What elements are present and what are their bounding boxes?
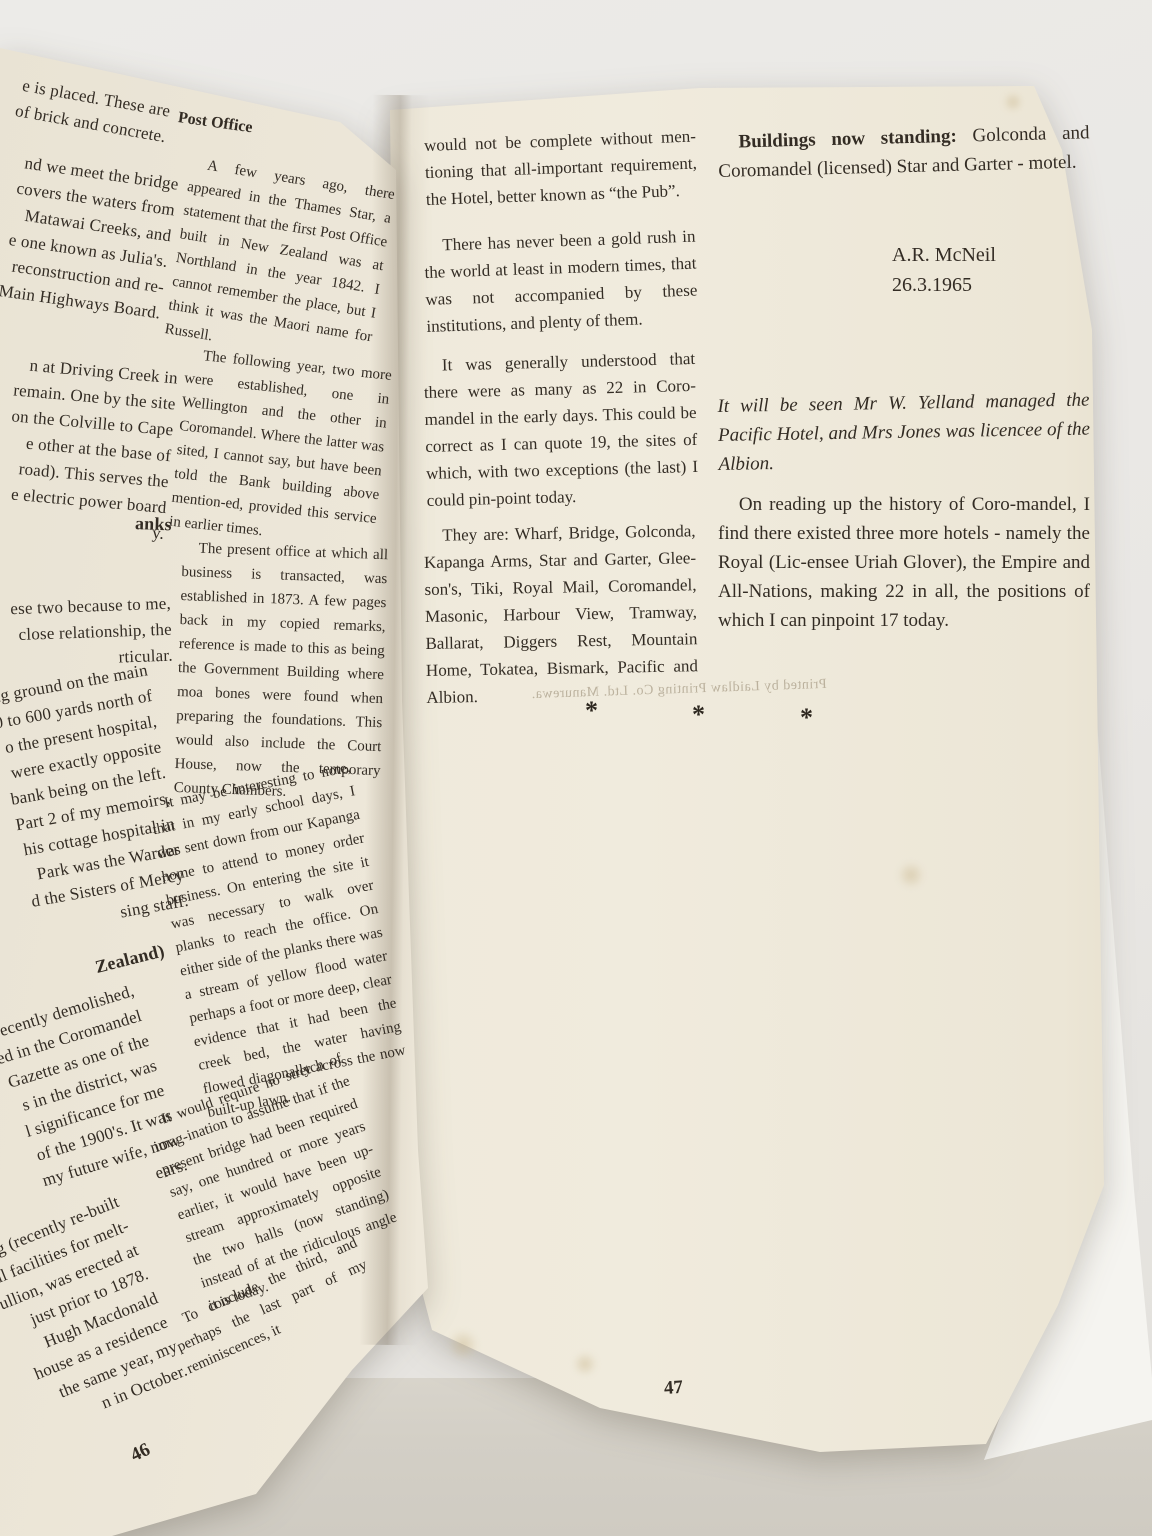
post-office-paragraph: The present office at which all business… [173, 536, 388, 807]
paragraph-text: It will be seen Mr W. Yelland managed th… [717, 386, 1090, 479]
paragraph-text: The present office at which all business… [173, 536, 388, 807]
hotels-paragraph: would not be complete without men-tionin… [424, 123, 699, 213]
paragraph-text: On reading up the history of Coro-mandel… [718, 490, 1090, 635]
paragraph-text: Buildings now standing: Golconda and Cor… [717, 118, 1090, 186]
paragraph-text: A few years ago, there appeared in the T… [163, 151, 396, 373]
closing-paragraph: On reading up the history of Coro-mandel… [718, 490, 1090, 635]
buildings-lead-bold: Buildings now standing: [738, 126, 957, 153]
paragraph-text: The following year, two more were establ… [168, 343, 393, 555]
book-photo: { "book": { "left_page": { "page_number"… [0, 0, 1152, 1536]
signature-date: 26.3.1965 [892, 270, 996, 300]
stain-spot [1002, 92, 1024, 112]
hotels-paragraph: It was generally understood that there w… [423, 345, 699, 514]
stain-spot [896, 862, 926, 888]
paragraph-text: would not be complete without men-tionin… [424, 123, 699, 213]
left-column-fragment: ese two because to me, close relationshi… [0, 591, 173, 678]
page-number-47: 47 [663, 1377, 683, 1400]
signature-block: A.R. McNeil 26.3.1965 [892, 240, 996, 300]
asterisk-separator: * [800, 703, 813, 733]
hotels-paragraph: There has never been a gold rush in the … [423, 223, 699, 340]
paragraph-text: There has never been a gold rush in the … [423, 223, 699, 340]
stain-spot [572, 1352, 598, 1376]
post-office-paragraph: The following year, two more were establ… [168, 343, 393, 555]
signature-name: A.R. McNeil [892, 240, 996, 270]
editor-note-italic: It will be seen Mr W. Yelland managed th… [717, 386, 1090, 479]
paragraph-text: It was generally understood that there w… [423, 345, 699, 514]
asterisk-separator: * [692, 700, 705, 730]
stain-spot [446, 1330, 480, 1360]
buildings-now-standing: Buildings now standing: Golconda and Cor… [717, 118, 1090, 186]
post-office-paragraph: A few years ago, there appeared in the T… [163, 151, 396, 373]
asterisk-separator: * [585, 696, 598, 726]
